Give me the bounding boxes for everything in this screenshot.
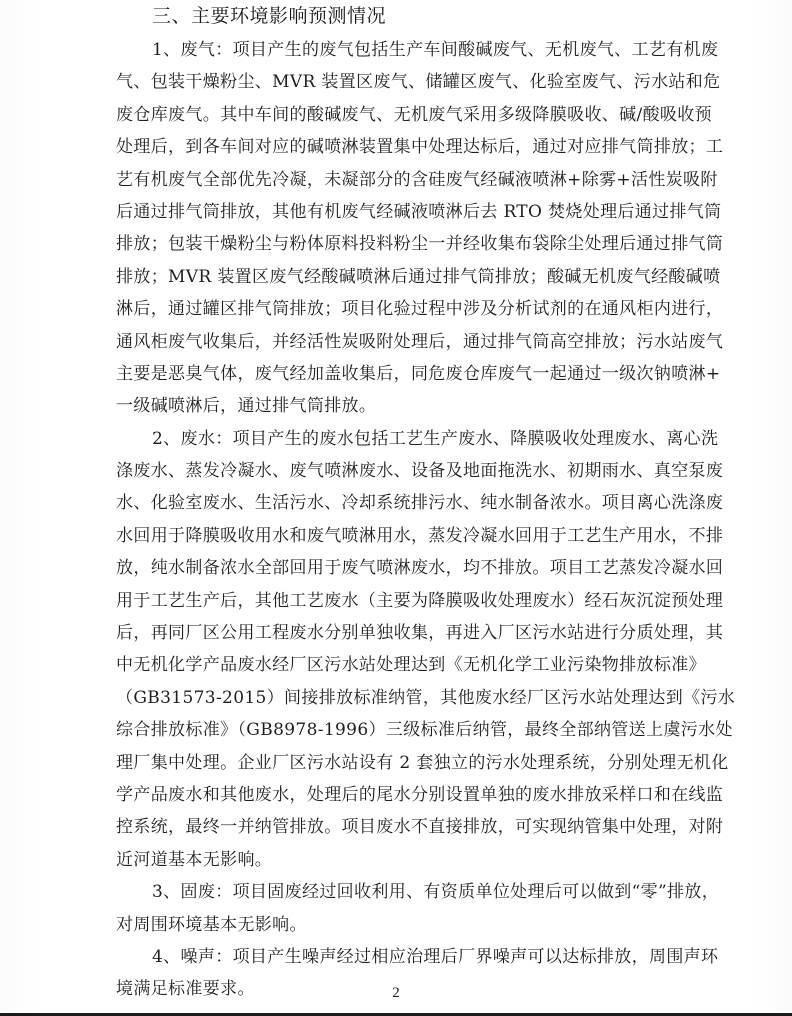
text-line: 一级碱喷淋后，通过排气筒排放。 [116,390,676,422]
paragraph-wastewater: 2、废水：项目产生的废水包括工艺生产废水、降膜吸收处理废水、离心洗 涤废水、蒸发… [116,423,676,876]
text-line: 综合排放标准》（GB8978-1996）三级标准后纳管，最终全部纳管送上虞污水处 [116,714,676,746]
text-line: 近河道基本无影响。 [116,844,676,876]
text-line: 淋后，通过罐区排气筒排放；项目化验过程中涉及分析试剂的在通风柜内进行， [116,293,676,325]
section-heading: 三、主要环境影响预测情况 [152,3,386,29]
text-line: 1、废气：项目产生的废气包括生产车间酸碱废气、无机废气、工艺有机废 [116,34,676,66]
text-line: 学产品废水和其他废水，处理后的尾水分别设置单独的废水排放采样口和在线监 [116,779,676,811]
page-number: 2 [388,983,404,1003]
text-line: 4、噪声：项目产生噪声经过相应治理后厂界噪声可以达标排放，周围声环 [116,941,676,973]
paragraph-solid-waste: 3、固废：项目固废经过回收利用、有资质单位处理后可以做到“零”排放， 对周围环境… [116,876,676,941]
text-line: 废仓库废气。其中车间的酸碱废气、无机废气采用多级降膜吸收、碱/酸吸收预 [116,99,676,131]
document-page: 三、主要环境影响预测情况 1、废气：项目产生的废气包括生产车间酸碱废气、无机废气… [0,0,792,1016]
text-line: 处理后，到各车间对应的碱喷淋装置集中处理达标后，通过对应排气筒排放；工 [116,131,676,163]
text-line: 对周围环境基本无影响。 [116,909,676,941]
text-line: 3、固废：项目固废经过回收利用、有资质单位处理后可以做到“零”排放， [116,876,676,908]
text-line: 排放；包装干燥粉尘与粉体原料投料粉尘一并经收集布袋除尘处理后通过排气筒 [116,228,676,260]
text-line: 理厂集中处理。企业厂区污水站设有 2 套独立的污水处理系统，分别处理无机化 [116,747,676,779]
text-line: 主要是恶臭气体，废气经加盖收集后，同危废仓库废气一起通过一级次钠喷淋+ [116,358,676,390]
text-line: 涤废水、蒸发冷凝水、废气喷淋废水、设备及地面拖洗水、初期雨水、真空泵废 [116,455,676,487]
text-line: 后，再同厂区公用工程废水分别单独收集，再进入厂区污水站进行分质处理，其 [116,617,676,649]
paragraph-waste-gas: 1、废气：项目产生的废气包括生产车间酸碱废气、无机废气、工艺有机废 气、包装干燥… [116,34,676,423]
text-line: 水、化验室废水、生活污水、冷却系统排污水、纯水制备浓水。项目离心洗涤废 [116,487,676,519]
text-line: 通风柜废气收集后，并经活性炭吸附处理后，通过排气筒高空排放；污水站废气 [116,326,676,358]
text-line: 艺有机废气全部优先冷凝，未凝部分的含硅废气经碱液喷淋+除雾+活性炭吸附 [116,164,676,196]
text-line: （GB31573-2015）间接排放标准纳管，其他废水经厂区污水站处理达到《污水 [116,682,676,714]
text-line: 后通过排气筒排放，其他有机废气经碱液喷淋后去 RTO 焚烧处理后通过排气筒 [116,196,676,228]
text-line: 水回用于降膜吸收用水和废气喷淋用水，蒸发冷凝水回用于工艺生产用水，不排 [116,520,676,552]
text-line: 排放；MVR 装置区废气经酸碱喷淋后通过排气筒排放；酸碱无机废气经酸碱喷 [116,261,676,293]
text-line: 用于工艺生产后，其他工艺废水（主要为降膜吸收处理废水）经石灰沉淀预处理 [116,585,676,617]
text-line: 控系统，最终一并纳管排放。项目废水不直接排放，可实现纳管集中处理，对附 [116,811,676,843]
text-line: 气、包装干燥粉尘、MVR 装置区废气、储罐区废气、化验室废气、污水站和危 [116,66,676,98]
text-line: 中无机化学产品废水经厂区污水站处理达到《无机化学工业污染物排放标准》 [116,649,676,681]
text-line: 2、废水：项目产生的废水包括工艺生产废水、降膜吸收处理废水、离心洗 [116,423,676,455]
text-line: 放，纯水制备浓水全部回用于废气喷淋废水，均不排放。项目工艺蒸发冷凝水回 [116,552,676,584]
document-body: 1、废气：项目产生的废气包括生产车间酸碱废气、无机废气、工艺有机废 气、包装干燥… [116,34,676,1006]
